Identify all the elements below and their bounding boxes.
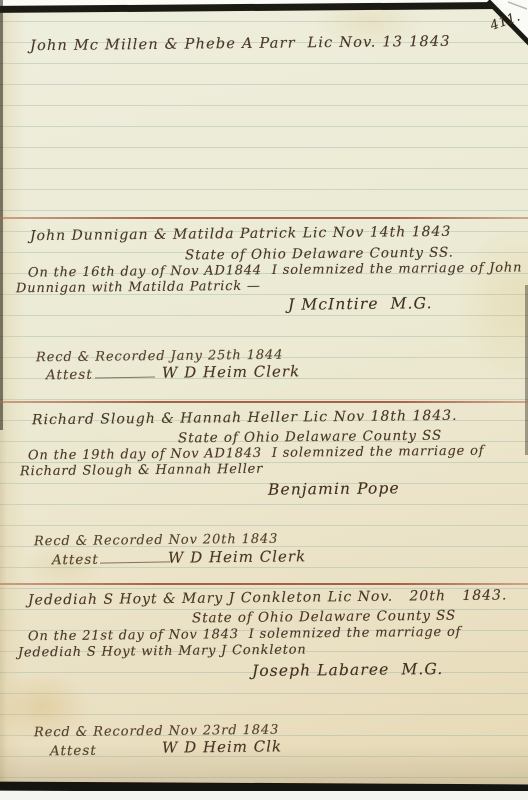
entry-4-attest-label: Attest <box>50 743 97 759</box>
scanner-background <box>0 791 528 800</box>
entry-3-recorded-line: Recd & Recorded Nov 20th 1843 <box>34 532 278 550</box>
entry-2-attest-label: Attest <box>46 367 93 383</box>
entry-2-clerk-signature: W D Heim Clerk <box>162 362 300 381</box>
entry-divider <box>0 217 528 219</box>
entry-3-clerk-signature: W D Heim Clerk <box>168 547 306 566</box>
entry-divider <box>0 583 528 585</box>
entry-divider <box>0 401 528 403</box>
entry-4-minister-signature: Joseph Labaree M.G. <box>252 660 444 680</box>
entry-4-solemnization-line-2: Jedediah S Hoyt with Mary J Conkleton <box>18 642 307 660</box>
entry-3-solemnization-line-2: Richard Slough & Hannah Heller <box>20 462 263 480</box>
entry-3-attest-label: Attest <box>52 552 99 568</box>
entry-2-minister-signature: J McIntire M.G. <box>288 294 433 314</box>
page-left-edge <box>0 0 3 430</box>
entry-2-solemnization-line-2: Dunnigan with Matilda Patrick — <box>16 279 261 297</box>
entry-4-state-line: State of Ohio Delaware County SS <box>192 608 456 627</box>
entry-4-clerk-signature: W D Heim Clk <box>162 737 282 756</box>
ledger-page-scan: 411. John Mc Millen & Phebe A Parr Lic N… <box>0 0 528 800</box>
entry-3-minister-signature: Benjamin Pope <box>268 479 400 498</box>
